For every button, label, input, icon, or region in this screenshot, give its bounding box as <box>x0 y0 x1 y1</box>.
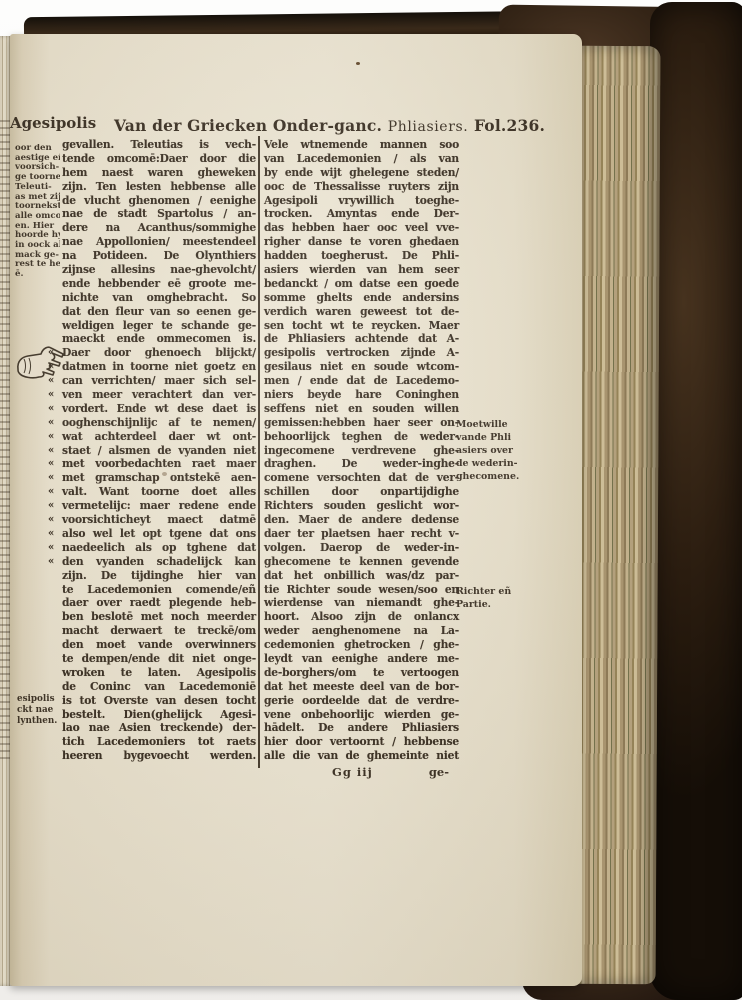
text-line-content: ooc de Thessalisse ruyters zijn <box>264 180 459 193</box>
text-line: das hebben haer ooc veel vve- <box>264 221 459 235</box>
right-margin-note-richter: Richter eñPartie. <box>456 585 542 611</box>
margin-note-line: esipolis <box>17 694 61 705</box>
text-line: alle die van de ghemeinte niet <box>264 749 459 763</box>
text-line: « ven meer verachtert dan ver- <box>62 388 256 402</box>
text-line: asiers wierden van hem seer <box>264 263 459 277</box>
text-line-content: somme ghelts ende andersins <box>264 291 459 304</box>
text-line: tie Richter soude wesen/soo en <box>264 583 459 597</box>
text-line: de Coninc van Lacedemoniē <box>62 680 256 694</box>
text-line-content: de vlucht ghenomen / eenighe <box>62 194 256 207</box>
text-line-content: das hebben haer ooc veel vve- <box>264 221 459 234</box>
margin-note-line: Moetwille <box>456 418 542 431</box>
text-line: bestelt. Dien(ghelijck Agesi- <box>62 708 256 722</box>
text-line-content: Richters souden geslicht wor- <box>264 499 459 512</box>
margin-note-line: ckt nae <box>17 705 61 716</box>
text-line-content: macht derwaert te treckē/om <box>62 624 256 637</box>
text-line-content: daer ter plaetsen haer recht v- <box>264 527 459 540</box>
quote-mark: « <box>48 485 54 499</box>
text-line: dat het onbillich was/dz par- <box>264 569 459 583</box>
text-line-content: maeckt ende ommecomen is. <box>62 332 256 345</box>
text-line: Agesipoli vrywillich toeghe- <box>264 194 459 208</box>
left-margin-note-top: oor denaestige eñvoorsich-ge toorneTeleu… <box>15 144 60 280</box>
text-line: by ende wijt ghelegene steden/ <box>264 166 459 180</box>
text-line: wierdense van niemandt ghe- <box>264 596 459 610</box>
text-line-content: ingecomene verdrevene ghe- <box>264 444 459 457</box>
quote-mark: « <box>48 555 54 569</box>
text-line-content: voorsichticheyt maect datmē <box>62 513 256 526</box>
text-line-content: gesipolis vertrocken zijnde A- <box>264 346 459 359</box>
text-line-content: hier door vertoornt / hebbense <box>264 735 459 748</box>
text-line-content: gerie oordeelde dat de verdre- <box>264 694 459 707</box>
text-line-content: dat het onbillich was/dz par- <box>264 569 459 582</box>
margin-note-line: Richter eñ <box>456 585 542 598</box>
text-line-content: behoorlijck teghen de weder- <box>264 430 459 443</box>
quote-mark: « <box>48 471 54 485</box>
text-line: gesilaus niet en soude wtcom- <box>264 360 459 374</box>
running-header-title: Van der Griecken Onder-ganc. <box>114 116 382 135</box>
margin-note-line: ghecomene. <box>456 470 542 483</box>
text-line: hier door vertoornt / hebbense <box>264 735 459 749</box>
text-line: ben beslotē met noch meerder <box>62 610 256 624</box>
text-line: weldigen leger te schande ge- <box>62 319 256 333</box>
text-line-content: te dempen/ende dit niet onge- <box>62 652 256 665</box>
text-line: de vlucht ghenomen / eenighe <box>62 194 256 208</box>
quote-mark: « <box>48 374 54 388</box>
text-line: « Daer door ghenoech blijckt/ <box>62 346 256 360</box>
text-line: weder aenghenomene na La- <box>264 624 459 638</box>
text-line: tende omcomē:Daer door die <box>62 152 256 166</box>
text-line: bedanckt / om datse een goede <box>264 277 459 291</box>
text-line: « den vyanden schadelijck kan <box>62 555 256 569</box>
margin-note-line: Partie. <box>456 598 542 611</box>
quote-mark: « <box>48 402 54 416</box>
text-line-content: comene versochten dat de ver- <box>264 471 459 484</box>
text-line: dat het meeste deel van de bor- <box>264 680 459 694</box>
text-line: « wat achterdeel daer wt ont- <box>62 430 256 444</box>
text-line: « vordert. Ende wt dese daet is <box>62 402 256 416</box>
text-line-content: bedanckt / om datse een goede <box>264 277 459 290</box>
text-line-content: te Lacedemonien comende/eñ <box>62 583 256 596</box>
margin-note-line: vande Phli <box>456 431 542 444</box>
text-line-content: gemissen:hebben haer seer on- <box>264 416 459 429</box>
text-line-content: weldigen leger te schande ge- <box>62 319 256 332</box>
text-line: niers beyde hare Coninghen <box>264 388 459 402</box>
text-line-content: alle die van de ghemeinte niet <box>264 749 459 762</box>
text-line-content: nichte van omghebracht. So <box>62 291 256 304</box>
text-line-content: den. Maer de andere dedense <box>264 513 459 526</box>
text-line: sen tocht wt te reycken. Maer <box>264 319 459 333</box>
text-line-content: is tot Overste van desen tocht <box>62 694 256 707</box>
text-line: « met voorbedachten raet maer <box>62 457 256 471</box>
text-line-content: nae de stadt Spartolus / an- <box>62 207 256 220</box>
text-line-content: hem naest waren gheweken <box>62 166 256 179</box>
text-line-content: cedemonien ghetrocken / ghe- <box>264 638 459 651</box>
text-line-content: by ende wijt ghelegene steden/ <box>264 166 459 179</box>
text-line-content: tende omcomē:Daer door die <box>62 152 256 165</box>
text-line-content: Agesipoli vrywillich toeghe- <box>264 194 459 207</box>
text-line-content: de Phliasiers achtende dat A- <box>264 332 459 345</box>
text-line: van Lacedemonien / als van <box>264 152 459 166</box>
text-line-content: hādelt. De andere Phliasiers <box>264 721 459 734</box>
text-line: ende hebbender eē groote me- <box>62 277 256 291</box>
quote-mark: « <box>48 360 54 374</box>
text-line-content: met voorbedachten raet maer <box>62 457 256 470</box>
text-line: nae Appollonien/ meestendeel <box>62 235 256 249</box>
text-line-content: can verrichten/ maer sich sel- <box>62 374 256 387</box>
text-line-content: hadden toegherust. De Phli- <box>264 249 459 262</box>
catchword: ge- <box>429 765 449 779</box>
text-line-content: vene onbehoorlijc wierden ge- <box>264 708 459 721</box>
text-line: Vele wtnemende mannen soo <box>264 138 459 152</box>
text-line: macht derwaert te treckē/om <box>62 624 256 638</box>
signature-mark: Gg iij <box>332 765 373 779</box>
text-line-content: ven meer verachtert dan ver- <box>62 388 256 401</box>
text-line-content: den moet vande overwinners <box>62 638 256 651</box>
text-line-content: wroken te laten. Agesipolis <box>62 666 256 679</box>
text-line: « vermetelijc: maer redene ende <box>62 499 256 513</box>
text-line-content: trocken. Amyntas ende Der- <box>264 207 459 220</box>
text-line: zijnse allesins nae-ghevolcht/ <box>62 263 256 277</box>
text-line: te dempen/ende dit niet onge- <box>62 652 256 666</box>
text-line-content: heeren bygevoecht werden. <box>62 749 256 762</box>
quote-mark: « <box>48 430 54 444</box>
quote-mark: « <box>48 388 54 402</box>
text-line: is tot Overste van desen tocht <box>62 694 256 708</box>
text-line: leydt van eenighe andere me- <box>264 652 459 666</box>
text-line: na Potideen. De Olynthiers <box>62 249 256 263</box>
text-line: ingecomene verdrevene ghe- <box>264 444 459 458</box>
text-line: behoorlijck teghen de weder- <box>264 430 459 444</box>
text-line: ghecomene te kennen gevende <box>264 555 459 569</box>
text-line: tich Lacedemoniers tot raets <box>62 735 256 749</box>
text-line: hoort. Alsoo zijn de onlancx <box>264 610 459 624</box>
quote-mark: « <box>48 457 54 471</box>
text-line-content: de-borghers/om te vertoogen <box>264 666 459 679</box>
right-margin-note-moetwille: Moetwillevande Phliasiers overde wederin… <box>456 418 542 483</box>
text-line: « met gramschap ontstekē aen- <box>62 471 256 485</box>
text-line-content: ben beslotē met noch meerder <box>62 610 256 623</box>
text-line: comene versochten dat de ver- <box>264 471 459 485</box>
text-line-content: wierdense van niemandt ghe- <box>264 596 459 609</box>
text-line: verdich waren geweest tot de- <box>264 305 459 319</box>
text-line: « ooghenschijnlijc af te nemen/ <box>62 416 256 430</box>
text-line-content: lao nae Asien treckende) der- <box>62 721 256 734</box>
text-line-content: bestelt. Dien(ghelijck Agesi- <box>62 708 256 721</box>
text-line-content: volgen. Daerop de weder-in- <box>264 541 459 554</box>
text-line: te Lacedemonien comende/eñ <box>62 583 256 597</box>
text-line-content: den vyanden schadelijck kan <box>62 555 256 568</box>
text-line-content: niers beyde hare Coninghen <box>264 388 459 401</box>
text-line-content: weder aenghenomene na La- <box>264 624 459 637</box>
text-line: « staet / alsmen de vyanden niet <box>62 444 256 458</box>
text-line-content: vordert. Ende wt dese daet is <box>62 402 256 415</box>
text-line: dat den fleur van so eenen ge- <box>62 305 256 319</box>
text-line: de-borghers/om te vertoogen <box>264 666 459 680</box>
text-line-content: valt. Want toorne doet alles <box>62 485 256 498</box>
text-line: daer ter plaetsen haer recht v- <box>264 527 459 541</box>
text-line-content: leydt van eenighe andere me- <box>264 652 459 665</box>
text-line: « also wel let opt tgene dat ons <box>62 527 256 541</box>
text-line: schillen door onpartijdighe <box>264 485 459 499</box>
text-line: hādelt. De andere Phliasiers <box>264 721 459 735</box>
text-line: « can verrichten/ maer sich sel- <box>62 374 256 388</box>
text-line: hadden toegherust. De Phli- <box>264 249 459 263</box>
text-line: « valt. Want toorne doet alles <box>62 485 256 499</box>
text-line: wroken te laten. Agesipolis <box>62 666 256 680</box>
quote-mark: « <box>48 444 54 458</box>
text-line: trocken. Amyntas ende Der- <box>264 207 459 221</box>
running-header-folio: Fol.236. <box>474 116 545 135</box>
column-divider-rule <box>258 136 260 768</box>
text-line-content: ende hebbender eē groote me- <box>62 277 256 290</box>
quote-mark: « <box>48 346 54 360</box>
text-line: righer danse te voren ghedaen <box>264 235 459 249</box>
text-line-content: datmen in toorne niet goetz en <box>62 360 256 373</box>
text-line-content: schillen door onpartijdighe <box>264 485 459 498</box>
text-line: vene onbehoorlijc wierden ge- <box>264 708 459 722</box>
text-line: gemissen:hebben haer seer on- <box>264 416 459 430</box>
running-header-section: Phliasiers. <box>388 119 469 135</box>
text-line: dere na Acanthus/sommighe <box>62 221 256 235</box>
text-line-content: van Lacedemonien / als van <box>264 152 459 165</box>
text-line-content: ooghenschijnlijc af te nemen/ <box>62 416 256 429</box>
quote-mark: « <box>48 499 54 513</box>
text-line-content: staet / alsmen de vyanden niet <box>62 444 256 457</box>
text-line: nae de stadt Spartolus / an- <box>62 207 256 221</box>
text-line: « voorsichticheyt maect datmē <box>62 513 256 527</box>
margin-note-line: asiers over <box>456 444 542 457</box>
text-line-content: Daer door ghenoech blijckt/ <box>62 346 256 359</box>
text-line: nichte van omghebracht. So <box>62 291 256 305</box>
book-photograph: Agesipolis. Van der Griecken Onder-ganc.… <box>0 0 742 1000</box>
text-line-content: righer danse te voren ghedaen <box>264 235 459 248</box>
text-line: gerie oordeelde dat de verdre- <box>264 694 459 708</box>
leather-binding-right-board <box>650 2 742 1000</box>
text-line-content: daer over raedt plegende heb- <box>62 596 256 609</box>
quote-mark: « <box>48 513 54 527</box>
running-header: Van der Griecken Onder-ganc. Phliasiers.… <box>114 116 526 135</box>
text-line: draghen. De weder-inghe- <box>264 457 459 471</box>
text-line-content: draghen. De weder-inghe- <box>264 457 459 470</box>
text-line-content: naedeelich als op tghene dat <box>62 541 256 554</box>
text-line: « datmen in toorne niet goetz en <box>62 360 256 374</box>
text-line: somme ghelts ende andersins <box>264 291 459 305</box>
text-line-content: zijn. De tijdinghe hier van <box>62 569 256 582</box>
text-line-content: dere na Acanthus/sommighe <box>62 221 256 234</box>
text-line: « naedeelich als op tghene dat <box>62 541 256 555</box>
text-line: zijn. De tijdinghe hier van <box>62 569 256 583</box>
text-line-content: also wel let opt tgene dat ons <box>62 527 256 540</box>
printed-page: Agesipolis. Van der Griecken Onder-ganc.… <box>10 34 582 986</box>
text-line: heeren bygevoecht werden. <box>62 749 256 763</box>
text-line-content: dat den fleur van so eenen ge- <box>62 305 256 318</box>
verso-running-header-fragment: Agesipolis. <box>10 114 96 132</box>
text-line-content: gesilaus niet en soude wtcom- <box>264 360 459 373</box>
text-line: gesipolis vertrocken zijnde A- <box>264 346 459 360</box>
text-line: gevallen. Teleutias is vech- <box>62 138 256 152</box>
quote-mark: « <box>48 541 54 555</box>
text-line: ooc de Thessalisse ruyters zijn <box>264 180 459 194</box>
text-line-content: vermetelijc: maer redene ende <box>62 499 256 512</box>
text-line: lao nae Asien treckende) der- <box>62 721 256 735</box>
text-line: men / ende dat de Lacedemo- <box>264 374 459 388</box>
margin-note-line: ē. <box>15 270 60 280</box>
text-line-content: na Potideen. De Olynthiers <box>62 249 256 262</box>
text-line: den moet vande overwinners <box>62 638 256 652</box>
quote-mark: « <box>48 527 54 541</box>
manicule-pointing-hand-icon <box>13 340 67 392</box>
text-line-content: de Coninc van Lacedemoniē <box>62 680 256 693</box>
text-line-content: gevallen. Teleutias is vech- <box>62 138 256 151</box>
text-line-content: nae Appollonien/ meestendeel <box>62 235 256 248</box>
signature-and-catchword-line: Gg iij ge- <box>264 765 459 779</box>
text-line: daer over raedt plegende heb- <box>62 596 256 610</box>
text-column-left: gevallen. Teleutias is vech- tende omcom… <box>62 138 256 763</box>
text-line: hem naest waren gheweken <box>62 166 256 180</box>
text-line: den. Maer de andere dedense <box>264 513 459 527</box>
text-line-content: ghecomene te kennen gevende <box>264 555 459 568</box>
text-line-content: dat het meeste deel van de bor- <box>264 680 459 693</box>
text-line: seffens niet en souden willen <box>264 402 459 416</box>
paper-speck <box>356 62 360 65</box>
text-line-content: tich Lacedemoniers tot raets <box>62 735 256 748</box>
text-line-content: met gramschap ontstekē aen- <box>62 471 256 484</box>
paper-stain <box>270 284 273 287</box>
text-line-content: men / ende dat de Lacedemo- <box>264 374 459 387</box>
text-column-right: Vele wtnemende mannen soo van Lacedemoni… <box>264 138 459 763</box>
text-line: de Phliasiers achtende dat A- <box>264 332 459 346</box>
text-line: cedemonien ghetrocken / ghe- <box>264 638 459 652</box>
text-line: maeckt ende ommecomen is. <box>62 332 256 346</box>
text-line-content: asiers wierden van hem seer <box>264 263 459 276</box>
margin-note-line: lynthen. <box>17 716 61 727</box>
paper-stain <box>162 472 167 476</box>
text-line-content: zijn. Ten lesten hebbense alle <box>62 180 256 193</box>
text-line: Richters souden geslicht wor- <box>264 499 459 513</box>
text-line: zijn. Ten lesten hebbense alle <box>62 180 256 194</box>
text-line: volgen. Daerop de weder-in- <box>264 541 459 555</box>
text-line-content: hoort. Alsoo zijn de onlancx <box>264 610 459 623</box>
text-line-content: wat achterdeel daer wt ont- <box>62 430 256 443</box>
left-margin-note-bottom: esipolisckt naelynthen. <box>17 694 61 727</box>
text-line-content: seffens niet en souden willen <box>264 402 459 415</box>
text-line-content: sen tocht wt te reycken. Maer <box>264 319 459 332</box>
text-line-content: tie Richter soude wesen/soo en <box>264 583 459 596</box>
text-line-content: Vele wtnemende mannen soo <box>264 138 459 151</box>
margin-note-line: de wederin- <box>456 457 542 470</box>
text-line-content: verdich waren geweest tot de- <box>264 305 459 318</box>
text-line-content: zijnse allesins nae-ghevolcht/ <box>62 263 256 276</box>
quote-mark: « <box>48 416 54 430</box>
